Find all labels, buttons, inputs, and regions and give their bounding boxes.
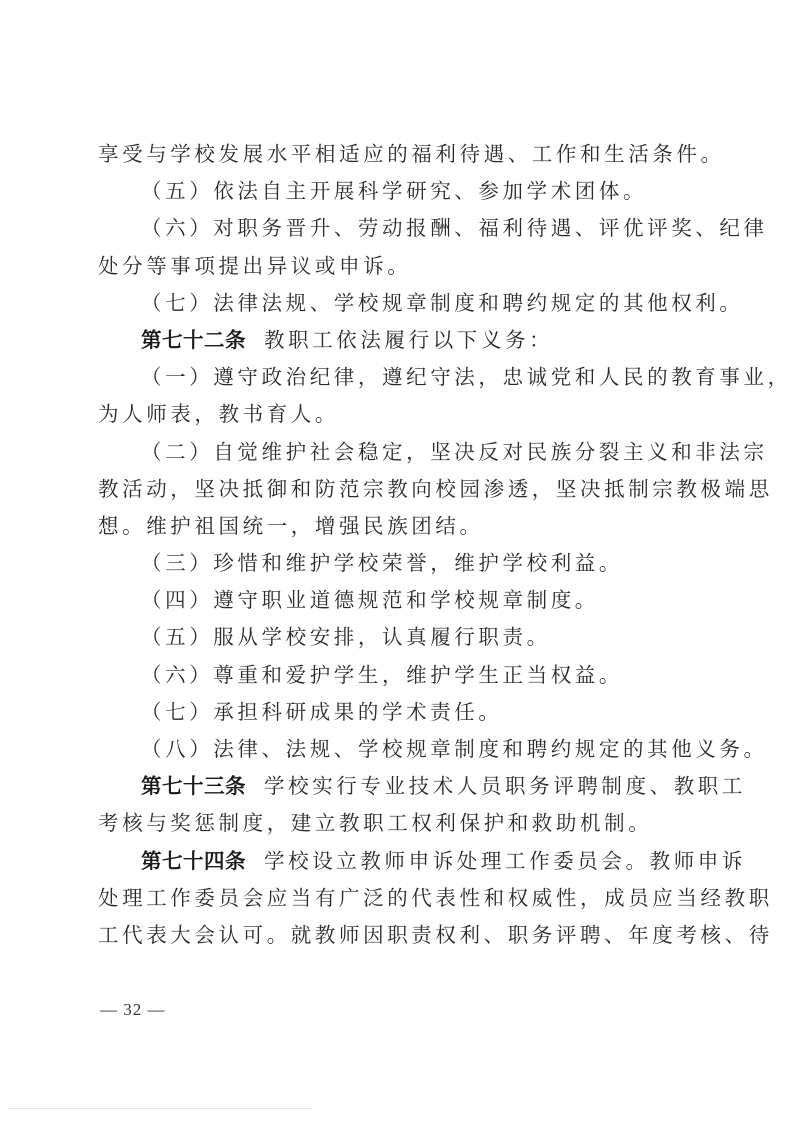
line-text: 学校实行专业技术人员职务评聘制度、教职工 bbox=[264, 774, 746, 798]
scan-edge-line bbox=[8, 1108, 313, 1109]
line-text: 想。维护祖国统一，增强民族团结。 bbox=[98, 514, 484, 538]
article-heading-line: 第七十四条学校设立教师申诉处理工作委员会。教师申诉 bbox=[98, 843, 683, 880]
line-text: 处分等事项提出异议或申诉。 bbox=[98, 254, 411, 278]
line-text: （五）依法自主开展科学研究、参加学术团体。 bbox=[141, 179, 647, 203]
paragraph-line: （五）服从学校安排，认真履行职责。 bbox=[98, 619, 683, 656]
paragraph-line: 处分等事项提出异议或申诉。 bbox=[98, 248, 683, 285]
line-text: 学校设立教师申诉处理工作委员会。教师申诉 bbox=[264, 849, 746, 873]
document-page: 享受与学校发展水平相适应的福利待遇、工作和生活条件。 （五）依法自主开展科学研究… bbox=[0, 0, 793, 1121]
line-text: （七）法律法规、学校规章制度和聘约规定的其他权利。 bbox=[141, 291, 744, 315]
paragraph-line: （六）尊重和爱护学生，维护学生正当权益。 bbox=[98, 657, 683, 694]
paragraph-line: （六）对职务晋升、劳动报酬、福利待遇、评优评奖、纪律 bbox=[98, 210, 683, 247]
document-body: 享受与学校发展水平相适应的福利待遇、工作和生活条件。 （五）依法自主开展科学研究… bbox=[98, 136, 683, 954]
paragraph-line: 享受与学校发展水平相适应的福利待遇、工作和生活条件。 bbox=[98, 136, 683, 173]
line-text: （八）法律、法规、学校规章制度和聘约规定的其他义务。 bbox=[141, 737, 768, 761]
line-text: （六）对职务晋升、劳动报酬、福利待遇、评优评奖、纪律 bbox=[141, 216, 768, 240]
line-text: 享受与学校发展水平相适应的福利待遇、工作和生活条件。 bbox=[98, 142, 725, 166]
paragraph-line: （八）法律、法规、学校规章制度和聘约规定的其他义务。 bbox=[98, 731, 683, 768]
article-heading-line: 第七十三条学校实行专业技术人员职务评聘制度、教职工 bbox=[98, 768, 683, 805]
line-text: （三）珍惜和维护学校荣誉，维护学校利益。 bbox=[141, 551, 623, 575]
paragraph-line: （五）依法自主开展科学研究、参加学术团体。 bbox=[98, 173, 683, 210]
paragraph-line: 想。维护祖国统一，增强民族团结。 bbox=[98, 508, 683, 545]
article-heading-line: 第七十二条教职工依法履行以下义务： bbox=[98, 322, 683, 359]
line-text: 处理工作委员会应当有广泛的代表性和权威性，成员应当经教职 bbox=[98, 886, 773, 910]
paragraph-line: （三）珍惜和维护学校荣誉，维护学校利益。 bbox=[98, 545, 683, 582]
line-text: 工代表大会认可。就教师因职责权利、职务评聘、年度考核、待 bbox=[98, 923, 773, 947]
line-text: 教职工依法履行以下义务： bbox=[264, 328, 553, 352]
line-text: （四）遵守职业道德规范和学校规章制度。 bbox=[141, 588, 599, 612]
article-number: 第七十三条 bbox=[141, 774, 246, 798]
article-number: 第七十四条 bbox=[141, 849, 246, 873]
paragraph-line: 工代表大会认可。就教师因职责权利、职务评聘、年度考核、待 bbox=[98, 917, 683, 954]
paragraph-line: 教活动，坚决抵御和防范宗教向校园渗透，坚决抵制宗教极端思 bbox=[98, 471, 683, 508]
paragraph-line: 考核与奖惩制度，建立教职工权利保护和救助机制。 bbox=[98, 805, 683, 842]
paragraph-line: （七）法律法规、学校规章制度和聘约规定的其他权利。 bbox=[98, 285, 683, 322]
line-text: 考核与奖惩制度，建立教职工权利保护和救助机制。 bbox=[98, 811, 652, 835]
article-number: 第七十二条 bbox=[141, 328, 246, 352]
page-number: — 32 — bbox=[100, 1000, 166, 1020]
line-text: （七）承担科研成果的学术责任。 bbox=[141, 700, 503, 724]
line-text: （二）自觉维护社会稳定，坚决反对民族分裂主义和非法宗 bbox=[141, 440, 768, 464]
line-text: 为人师表，教书育人。 bbox=[98, 402, 339, 426]
line-text: （五）服从学校安排，认真履行职责。 bbox=[141, 625, 551, 649]
line-text: （一）遵守政治纪律，遵纪守法，忠诚党和人民的教育事业， bbox=[141, 365, 792, 389]
line-text: 教活动，坚决抵御和防范宗教向校园渗透，坚决抵制宗教极端思 bbox=[98, 477, 773, 501]
paragraph-line: （一）遵守政治纪律，遵纪守法，忠诚党和人民的教育事业， bbox=[98, 359, 683, 396]
paragraph-line: （二）自觉维护社会稳定，坚决反对民族分裂主义和非法宗 bbox=[98, 434, 683, 471]
paragraph-line: 为人师表，教书育人。 bbox=[98, 396, 683, 433]
paragraph-line: （七）承担科研成果的学术责任。 bbox=[98, 694, 683, 731]
paragraph-line: （四）遵守职业道德规范和学校规章制度。 bbox=[98, 582, 683, 619]
paragraph-line: 处理工作委员会应当有广泛的代表性和权威性，成员应当经教职 bbox=[98, 880, 683, 917]
line-text: （六）尊重和爱护学生，维护学生正当权益。 bbox=[141, 663, 623, 687]
